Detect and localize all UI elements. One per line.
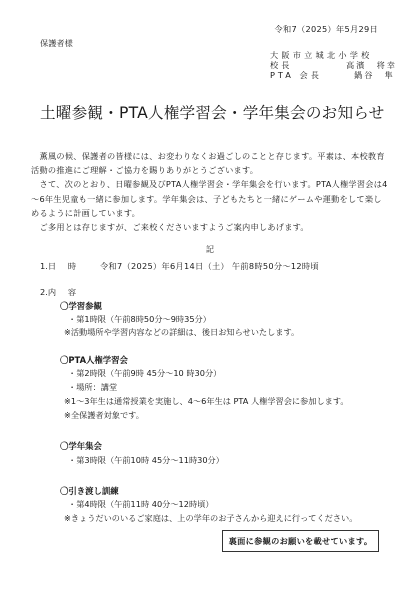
document-title: 土曜参観・PTA人権学習会・学年集会のお知らせ <box>40 103 384 123</box>
contents-label-b: 容 <box>68 287 76 297</box>
section-heading: 〇学習参観 <box>60 300 102 312</box>
school-name: 大阪市立城北小学校 <box>270 50 397 60</box>
section-item: ・第3時限（午前10時 45分～11時30分） <box>68 455 224 466</box>
schedule-number: 1. <box>40 261 48 271</box>
contents-label: 2.内容 <box>40 287 76 298</box>
principal-role: 校長 <box>270 60 326 70</box>
section-item: ・第4時限（午前11時 40分～12時頃） <box>68 499 214 510</box>
body-text: 薫風の候、保護者の皆様には、お変わりなくお過ごしのことと存じます。平素は、本校教… <box>31 149 389 234</box>
body-paragraph: 薫風の候、保護者の皆様には、お変わりなくお過ごしのことと存じます。平素は、本校教… <box>31 149 389 177</box>
schedule-value: 令和7（2025）年6月14日（土） 午前8時50分～12時頃 <box>100 261 319 272</box>
section-heading: 〇引き渡し訓練 <box>60 485 119 497</box>
pta-name: 鍋谷 隼 <box>326 70 395 80</box>
schedule-label-a: 日 <box>48 261 68 272</box>
section-item: ・第1時限（午前8時50分～9時35分） <box>68 314 211 325</box>
document-date: 令和7（2025）年5月29日 <box>275 24 379 34</box>
schedule-label: 1.日時 <box>40 261 100 272</box>
principal-name: 高濱 将幸 <box>326 60 397 70</box>
section-heading: 〇学年集会 <box>60 440 102 452</box>
body-paragraph: ご多用とは存じますが、ご来校くださいますようご案内申しあげます。 <box>31 220 389 234</box>
contents-number: 2. <box>40 287 48 297</box>
body-paragraph: さて、次のとおり、日曜参観及びPTA人権学習会・学年集会を行います。PTA人権学… <box>31 177 389 220</box>
section-note: ※きょうだいのいるご家庭は、上の学年のお子さんから迎えに行ってください。 <box>64 513 357 524</box>
addressee: 保護者様 <box>40 38 73 48</box>
section-heading: 〇PTA人権学習会 <box>60 354 128 366</box>
section-item: ・場所：講堂 <box>68 382 117 393</box>
contents-label-a: 内 <box>48 287 68 298</box>
schedule-label-b: 時 <box>68 261 76 271</box>
section-item: ・第2時限（午前9時 45分～10 時30分） <box>68 368 221 379</box>
section-note: ※全保護者対象です。 <box>64 410 144 421</box>
ki-heading: 記 <box>0 244 420 255</box>
section-note: ※活動場所や学習内容などの詳細は、後日お知らせいたします。 <box>64 327 299 338</box>
sender-block: 大阪市立城北小学校 校長 高濱 将幸 PTA 会長 鍋谷 隼 <box>270 50 397 81</box>
schedule-row: 1.日時 令和7（2025）年6月14日（土） 午前8時50分～12時頃 <box>40 261 319 272</box>
pta-role: PTA 会長 <box>270 70 326 80</box>
reverse-side-notice: 裏面に参観のお願いを載せています。 <box>222 530 379 552</box>
pta-line: PTA 会長 鍋谷 隼 <box>270 70 397 80</box>
principal-line: 校長 高濱 将幸 <box>270 60 397 70</box>
section-note: ※1～3年生は通常授業を実施し、4～6年生は PTA 人権学習会に参加します。 <box>64 396 349 407</box>
